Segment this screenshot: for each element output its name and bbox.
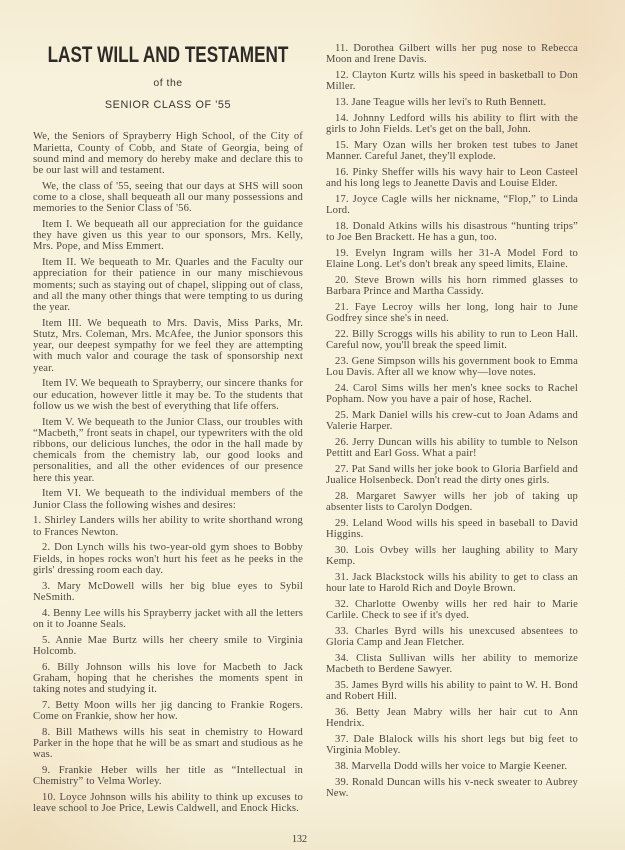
- wish-entry: 33. Charles Byrd wills his unexcused abs…: [326, 626, 578, 648]
- wish-list-left: 1. Shirley Landers wills her ability to …: [33, 515, 303, 814]
- wish-entry: 36. Betty Jean Mabry wills her hair cut …: [326, 707, 578, 729]
- wish-entry: 25. Mark Daniel wills his crew-cut to Jo…: [326, 410, 578, 432]
- wish-entry: 38. Marvella Dodd wills her voice to Mar…: [326, 761, 578, 772]
- wish-entry: 22. Billy Scroggs wills his ability to r…: [326, 329, 578, 351]
- intro-paragraph: We, the Seniors of Sprayberry High Schoo…: [33, 131, 303, 176]
- wish-entry: 14. Johnny Ledford wills his ability to …: [326, 113, 578, 135]
- class-heading: SENIOR CLASS OF '55: [33, 100, 303, 111]
- wish-entry: 9. Frankie Heber wills her title as “Int…: [33, 765, 303, 787]
- wish-entry: 35. James Byrd wills his ability to pain…: [326, 680, 578, 702]
- wish-entry: 7. Betty Moon wills her jig dancing to F…: [33, 700, 303, 722]
- wish-entry: 5. Annie Mae Burtz wills her cheery smil…: [33, 635, 303, 657]
- wish-entry: 4. Benny Lee wills his Sprayberry jacket…: [33, 608, 303, 630]
- wish-entry: 6. Billy Johnson wills his love for Macb…: [33, 662, 303, 696]
- wish-entry: 20. Steve Brown wills his horn rimmed gl…: [326, 275, 578, 297]
- wish-entry: 27. Pat Sand wills her joke book to Glor…: [326, 464, 578, 486]
- wish-entry: 26. Jerry Duncan wills his ability to tu…: [326, 437, 578, 459]
- wish-entry: 31. Jack Blackstock wills his ability to…: [326, 572, 578, 594]
- wish-entry: 37. Dale Blalock wills his short legs bu…: [326, 734, 578, 756]
- wish-entry: 24. Carol Sims wills her men's knee sock…: [326, 383, 578, 405]
- wish-entry: 3. Mary McDowell wills her big blue eyes…: [33, 581, 303, 603]
- wish-entry: 34. Clista Sullivan wills her ability to…: [326, 653, 578, 675]
- wish-entry: 15. Mary Ozan wills her broken test tube…: [326, 140, 578, 162]
- intro-section: We, the Seniors of Sprayberry High Schoo…: [33, 131, 303, 814]
- wish-entry: 32. Charlotte Owenby wills her red hair …: [326, 599, 578, 621]
- wish-entry: 23. Gene Simpson wills his government bo…: [326, 356, 578, 378]
- left-column: LAST WILL AND TESTAMENT of the SENIOR CL…: [33, 0, 303, 819]
- item-paragraph: Item V. We bequeath to the Junior Class,…: [33, 417, 303, 484]
- wish-entry: 19. Evelyn Ingram wills her 31-A Model F…: [326, 248, 578, 270]
- item-paragraph: Item I. We bequeath all our appreciation…: [33, 219, 303, 253]
- wish-entry: 28. Margaret Sawyer wills her job of tak…: [326, 491, 578, 513]
- wish-entry: 17. Joyce Cagle wills her nickname, “Flo…: [326, 194, 578, 216]
- wish-entry: 12. Clayton Kurtz wills his speed in bas…: [326, 70, 578, 92]
- wish-list-right: 11. Dorothea Gilbert wills her pug nose …: [326, 43, 578, 799]
- wish-entry: 18. Donald Atkins wills his disastrous “…: [326, 221, 578, 243]
- wish-entry: 16. Pinky Sheffer wills his wavy hair to…: [326, 167, 578, 189]
- right-column: 11. Dorothea Gilbert wills her pug nose …: [326, 43, 578, 804]
- wish-entry: 29. Leland Wood wills his speed in baseb…: [326, 518, 578, 540]
- item-paragraph: Item VI. We bequeath to the individual m…: [33, 488, 303, 510]
- wish-entry: 2. Don Lynch wills his two-year-old gym …: [33, 542, 303, 576]
- wish-entry: 30. Lois Ovbey wills her laughing abilit…: [326, 545, 578, 567]
- wish-entry: 21. Faye Lecroy wills her long, long hai…: [326, 302, 578, 324]
- wish-entry: 11. Dorothea Gilbert wills her pug nose …: [326, 43, 578, 65]
- wish-entry: 8. Bill Mathews wills his seat in chemis…: [33, 727, 303, 761]
- item-paragraph: Item III. We bequeath to Mrs. Davis, Mis…: [33, 318, 303, 374]
- item-paragraph: Item IV. We bequeath to Sprayberry, our …: [33, 378, 303, 412]
- page-subtitle: of the: [33, 78, 303, 89]
- wish-entry: 39. Ronald Duncan wills his v-neck sweat…: [326, 777, 578, 799]
- item-paragraph: Item II. We bequeath to Mr. Quarles and …: [33, 257, 303, 313]
- page-number: 132: [292, 834, 307, 845]
- wish-entry: 1. Shirley Landers wills her ability to …: [33, 515, 303, 537]
- title-block: LAST WILL AND TESTAMENT of the SENIOR CL…: [33, 42, 303, 111]
- wish-entry: 10. Loyce Johnson wills his ability to t…: [33, 792, 303, 814]
- intro-paragraph: We, the class of '55, seeing that our da…: [33, 181, 303, 215]
- wish-entry: 13. Jane Teague wills her levi's to Ruth…: [326, 97, 578, 108]
- page-title: LAST WILL AND TESTAMENT: [32, 42, 305, 68]
